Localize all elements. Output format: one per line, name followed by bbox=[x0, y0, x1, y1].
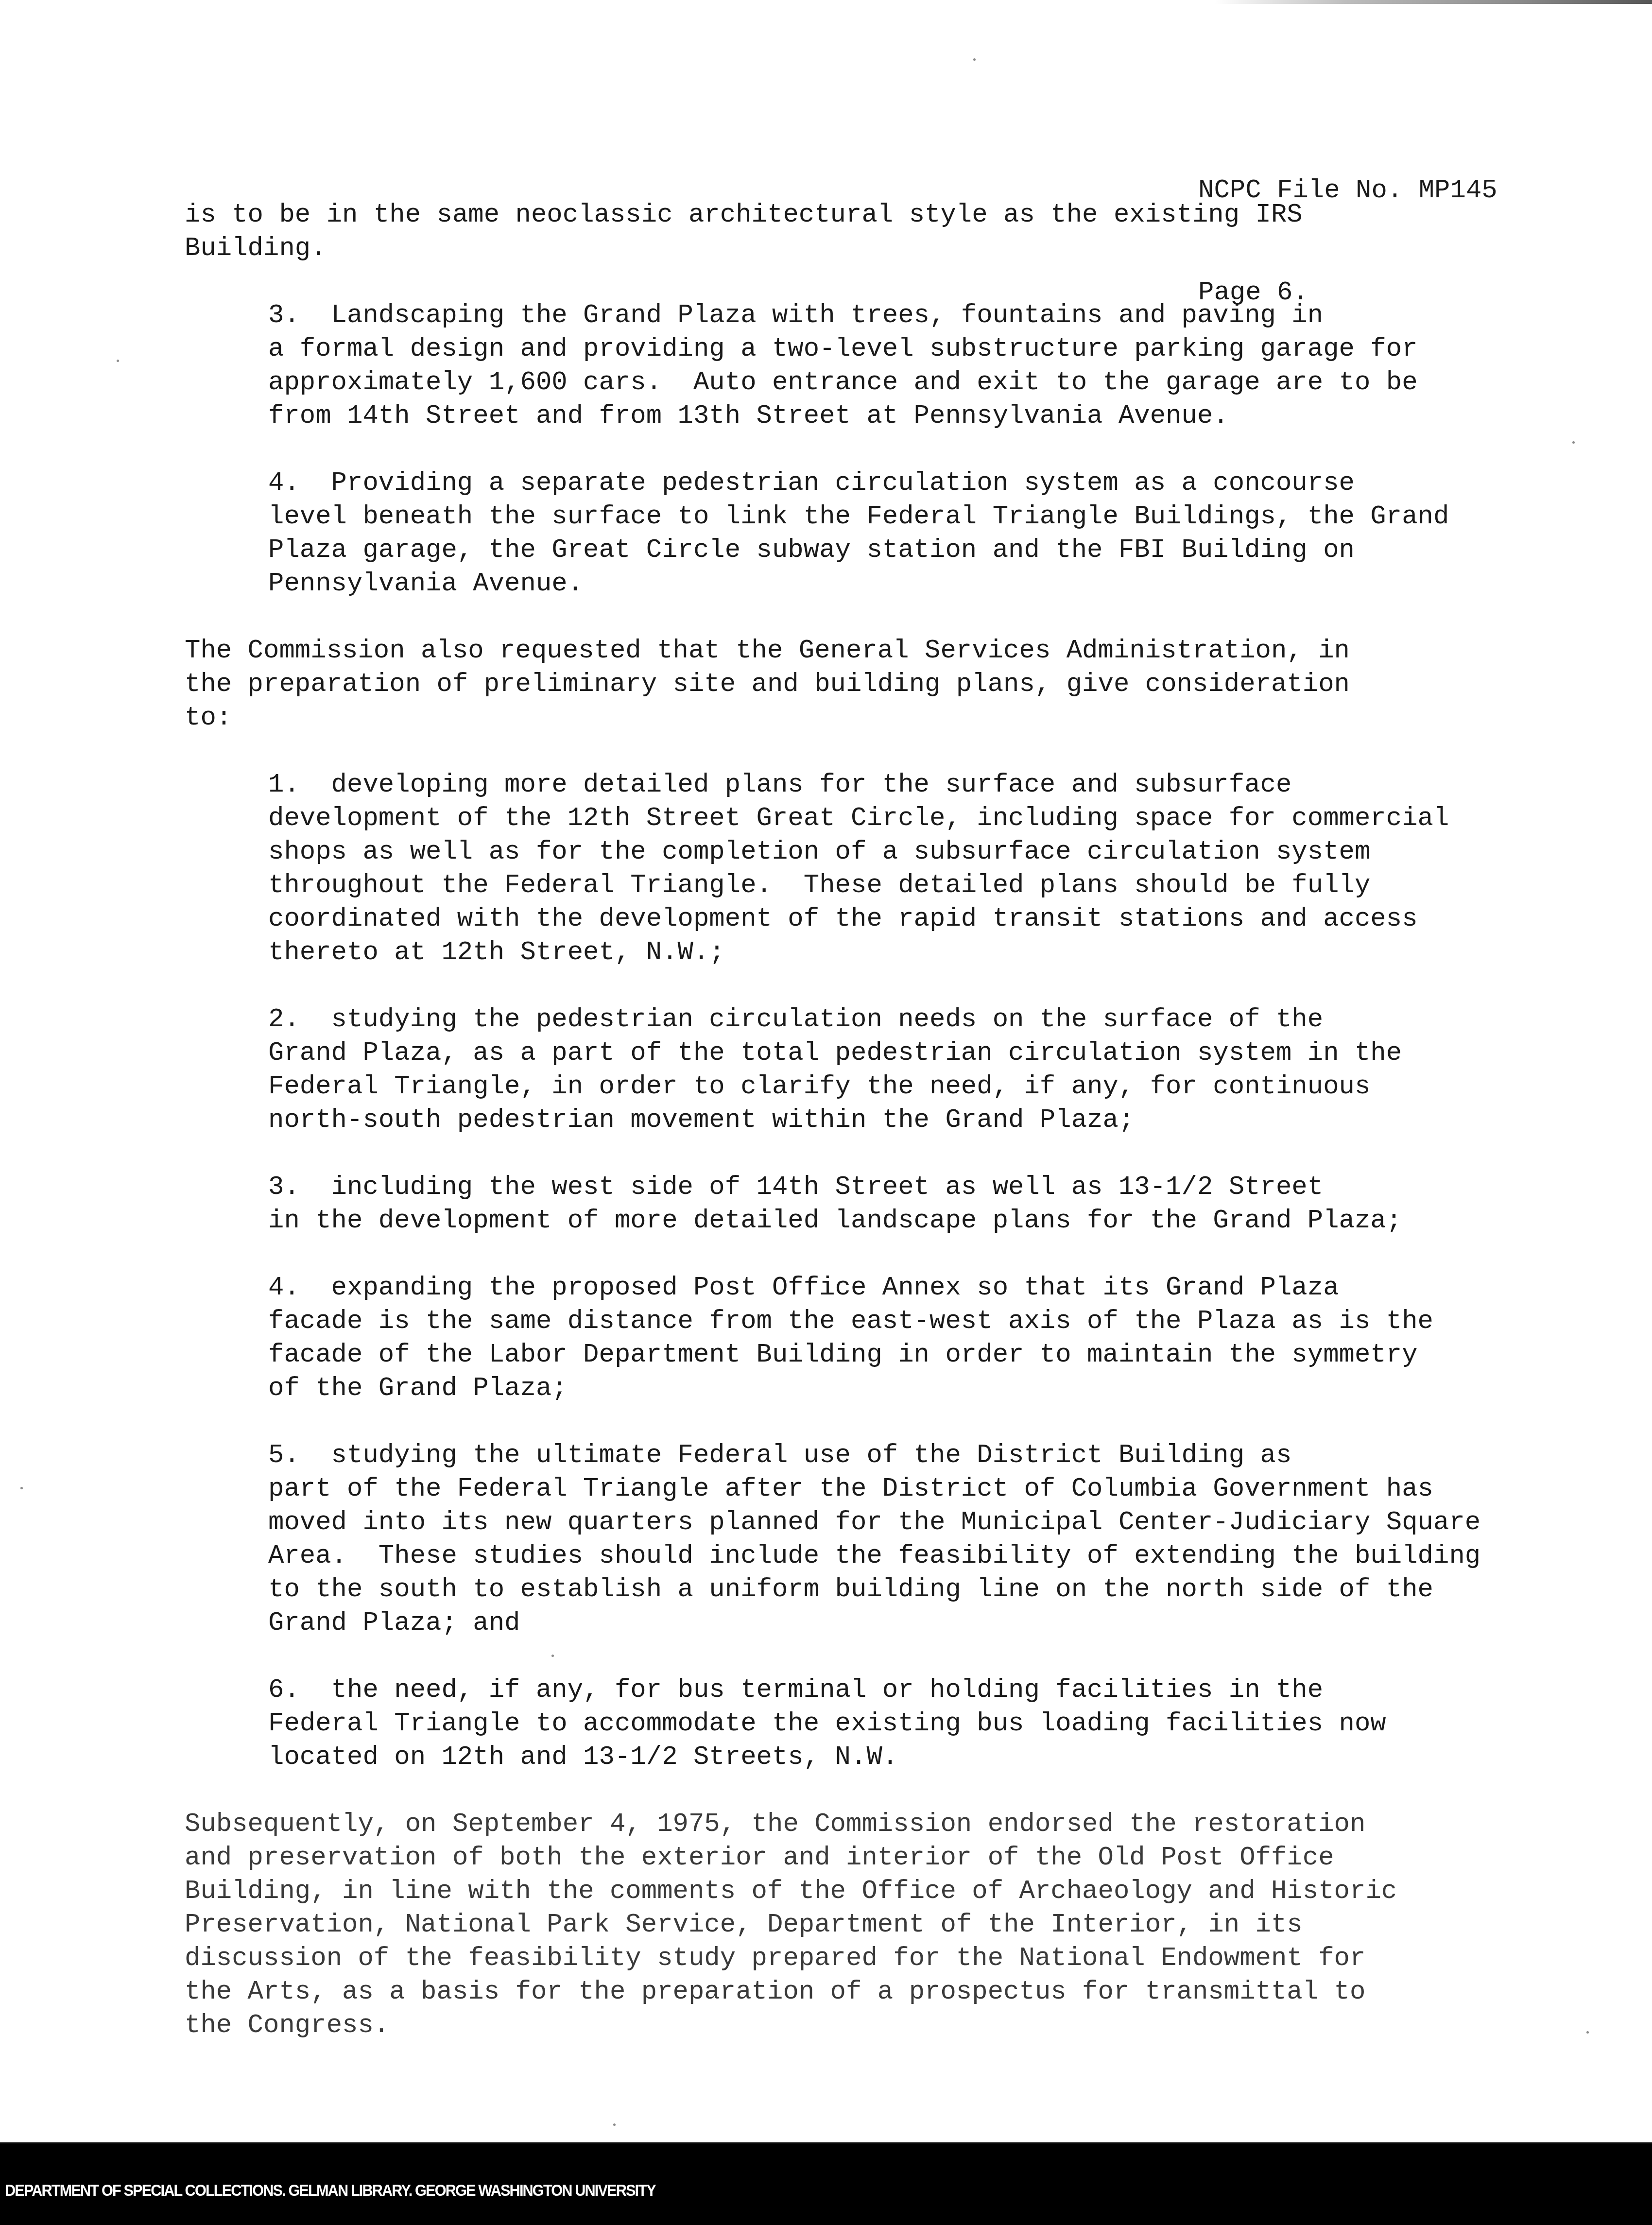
paragraph: 5. studying the ultimate Federal use of … bbox=[185, 1439, 1526, 1640]
paragraph: 4. Providing a separate pedestrian circu… bbox=[185, 466, 1526, 601]
paragraph: 2. studying the pedestrian circulation n… bbox=[185, 1003, 1526, 1137]
paragraph: 3. including the west side of 14th Stree… bbox=[185, 1171, 1526, 1238]
text-line: to the south to establish a uniform buil… bbox=[185, 1573, 1526, 1606]
paragraph: Subsequently, on September 4, 1975, the … bbox=[185, 1808, 1526, 2042]
document-body: is to be in the same neoclassic architec… bbox=[185, 198, 1526, 2076]
scan-speck bbox=[973, 58, 976, 61]
text-line: Building, in line with the comments of t… bbox=[185, 1875, 1526, 1908]
text-line: thereto at 12th Street, N.W.; bbox=[185, 936, 1526, 969]
text-line: 2. studying the pedestrian circulation n… bbox=[185, 1003, 1526, 1036]
scan-speck bbox=[1572, 441, 1575, 444]
text-line: and preservation of both the exterior an… bbox=[185, 1841, 1526, 1875]
text-line: 1. developing more detailed plans for th… bbox=[185, 768, 1526, 802]
paragraph: The Commission also requested that the G… bbox=[185, 634, 1526, 735]
text-line: The Commission also requested that the G… bbox=[185, 634, 1526, 668]
text-line: Subsequently, on September 4, 1975, the … bbox=[185, 1808, 1526, 1841]
text-line: 4. Providing a separate pedestrian circu… bbox=[185, 466, 1526, 500]
scan-edge-artifact bbox=[1215, 0, 1652, 4]
scan-speck bbox=[1586, 2031, 1589, 2034]
scan-speck bbox=[551, 1655, 554, 1657]
text-line: Plaza garage, the Great Circle subway st… bbox=[185, 534, 1526, 567]
text-line: 6. the need, if any, for bus terminal or… bbox=[185, 1673, 1526, 1707]
text-line: Building. bbox=[185, 232, 1526, 265]
text-line: Federal Triangle, in order to clarify th… bbox=[185, 1070, 1526, 1104]
text-line: the Arts, as a basis for the preparation… bbox=[185, 1975, 1526, 2009]
archive-credit: DEPARTMENT OF SPECIAL COLLECTIONS. GELMA… bbox=[5, 2181, 655, 2200]
text-line: to: bbox=[185, 701, 1526, 735]
text-line: facade is the same distance from the eas… bbox=[185, 1305, 1526, 1338]
text-line: 3. Landscaping the Grand Plaza with tree… bbox=[185, 299, 1526, 332]
scan-speck bbox=[613, 2123, 616, 2126]
text-line: moved into its new quarters planned for … bbox=[185, 1506, 1526, 1539]
paragraph: 1. developing more detailed plans for th… bbox=[185, 768, 1526, 969]
text-line: located on 12th and 13-1/2 Streets, N.W. bbox=[185, 1741, 1526, 1774]
text-line: part of the Federal Triangle after the D… bbox=[185, 1472, 1526, 1506]
paragraph: 3. Landscaping the Grand Plaza with tree… bbox=[185, 299, 1526, 433]
text-line: discussion of the feasibility study prep… bbox=[185, 1942, 1526, 1975]
text-line: shops as well as for the completion of a… bbox=[185, 835, 1526, 869]
paragraph: 4. expanding the proposed Post Office An… bbox=[185, 1271, 1526, 1405]
text-line: Pennsylvania Avenue. bbox=[185, 567, 1526, 601]
text-line: Preservation, National Park Service, Dep… bbox=[185, 1908, 1526, 1942]
text-line: the preparation of preliminary site and … bbox=[185, 668, 1526, 701]
text-line: from 14th Street and from 13th Street at… bbox=[185, 399, 1526, 433]
paragraph: is to be in the same neoclassic architec… bbox=[185, 198, 1526, 265]
text-line: a formal design and providing a two-leve… bbox=[185, 332, 1526, 366]
text-line: north-south pedestrian movement within t… bbox=[185, 1104, 1526, 1137]
text-line: 5. studying the ultimate Federal use of … bbox=[185, 1439, 1526, 1472]
text-line: level beneath the surface to link the Fe… bbox=[185, 500, 1526, 534]
text-line: 3. including the west side of 14th Stree… bbox=[185, 1171, 1526, 1204]
text-line: facade of the Labor Department Building … bbox=[185, 1338, 1526, 1372]
text-line: coordinated with the development of the … bbox=[185, 902, 1526, 936]
text-line: Grand Plaza; and bbox=[185, 1606, 1526, 1640]
text-line: of the Grand Plaza; bbox=[185, 1372, 1526, 1405]
text-line: Area. These studies should include the f… bbox=[185, 1539, 1526, 1573]
text-line: is to be in the same neoclassic architec… bbox=[185, 198, 1526, 232]
text-line: development of the 12th Street Great Cir… bbox=[185, 802, 1526, 835]
text-line: the Congress. bbox=[185, 2009, 1526, 2042]
text-line: throughout the Federal Triangle. These d… bbox=[185, 869, 1526, 902]
paragraph: 6. the need, if any, for bus terminal or… bbox=[185, 1673, 1526, 1774]
text-line: approximately 1,600 cars. Auto entrance … bbox=[185, 366, 1526, 399]
text-line: 4. expanding the proposed Post Office An… bbox=[185, 1271, 1526, 1305]
scan-speck bbox=[117, 360, 119, 362]
text-line: Federal Triangle to accommodate the exis… bbox=[185, 1707, 1526, 1741]
archive-footer-bar: DEPARTMENT OF SPECIAL COLLECTIONS. GELMA… bbox=[0, 2142, 1652, 2225]
scan-speck bbox=[20, 1487, 23, 1489]
text-line: in the development of more detailed land… bbox=[185, 1204, 1526, 1238]
text-line: Grand Plaza, as a part of the total pede… bbox=[185, 1036, 1526, 1070]
